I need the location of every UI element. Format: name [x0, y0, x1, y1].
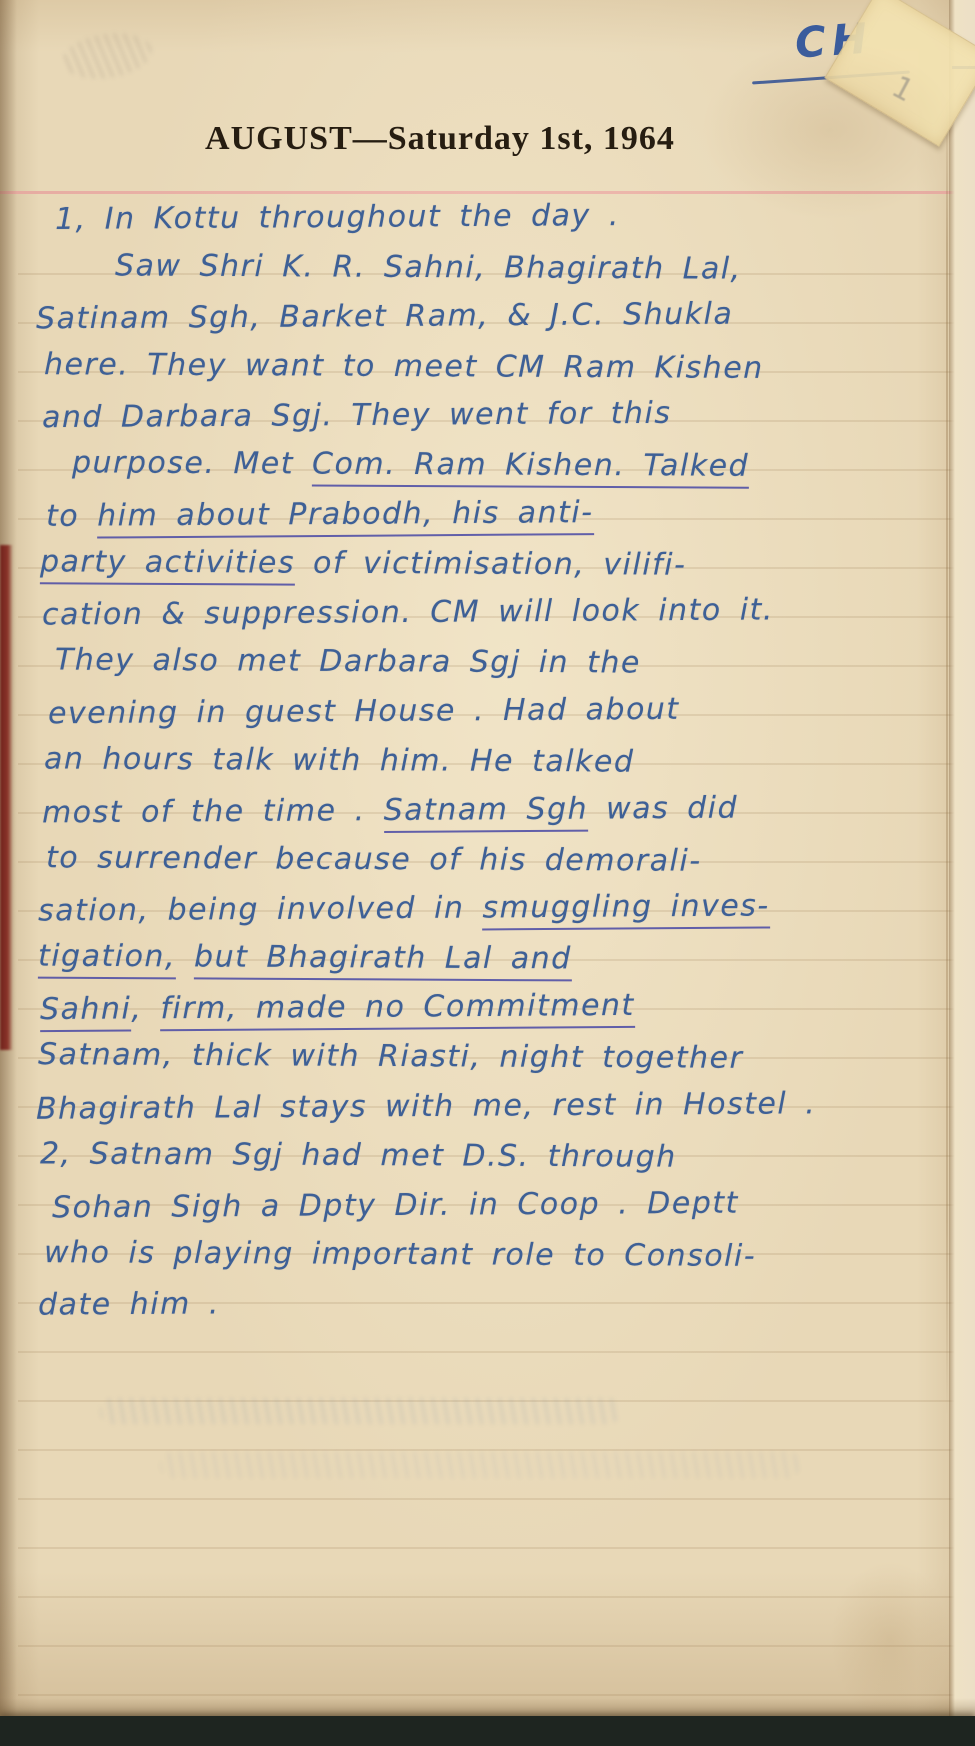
- diary-text: was did: [588, 791, 738, 827]
- diary-line: tigation, but Bhagirath Lal and: [38, 939, 572, 977]
- diary-line: Satnam, thick with Riasti, night togethe…: [38, 1037, 744, 1076]
- diary-line: purpose. Met Com. Ram Kishen. Talked: [72, 445, 749, 484]
- paper-stain: [830, 1560, 950, 1720]
- diary-text: to: [46, 499, 97, 534]
- diary-line: They also met Darbara Sgj in the: [55, 642, 641, 680]
- diary-text: Sohan Sigh a Dpty Dir. in Coop . Deptt: [52, 1186, 739, 1226]
- diary-text-underlined: tigation,: [38, 939, 176, 980]
- diary-text: and Darbara Sgj. They went for this: [42, 396, 672, 435]
- book-cover-strip: [0, 1716, 975, 1746]
- diary-line: 2, Satnam Sgj had met D.S. through: [40, 1136, 677, 1174]
- diary-text: Satinam Sgh, Barket Ram, & J.C. Shukla: [36, 297, 734, 337]
- pencil-ghost-mark: [59, 28, 154, 84]
- diary-text-underlined: smuggling inves-: [482, 888, 770, 930]
- diary-text: evening in guest House . Had about: [48, 692, 680, 731]
- diary-line: sation, being involved in smuggling inve…: [38, 888, 770, 928]
- diary-text-underlined: Sahni: [40, 991, 132, 1032]
- page-bottom-edge: [0, 1698, 975, 1716]
- bleedthrough-ghost-text: [160, 1452, 800, 1478]
- diary-line: party activities of victimisation, vilif…: [40, 544, 687, 582]
- diary-line: evening in guest House . Had about: [48, 692, 680, 731]
- diary-line: to surrender because of his demorali-: [46, 840, 702, 878]
- diary-text: ,: [131, 991, 160, 1026]
- diary-line: Sohan Sigh a Dpty Dir. in Coop . Deptt: [52, 1186, 739, 1226]
- diary-text: Bhagirath Lal stays with me, rest in Hos…: [36, 1086, 816, 1126]
- diary-text: They also met Darbara Sgj in the: [55, 642, 641, 680]
- diary-line: date him .: [38, 1286, 220, 1322]
- diary-line: Bhagirath Lal stays with me, rest in Hos…: [36, 1086, 816, 1126]
- diary-text-underlined: party activities: [40, 544, 295, 585]
- paper-stain: [700, 40, 960, 220]
- diary-line: here. They want to meet CM Ram Kishen: [44, 347, 764, 386]
- diary-text: Satnam, thick with Riasti, night togethe…: [38, 1037, 744, 1076]
- diary-line: Satinam Sgh, Barket Ram, & J.C. Shukla: [36, 297, 734, 337]
- diary-text: to surrender because of his demorali-: [46, 840, 702, 878]
- diary-text-underlined: Com. Ram Kishen. Talked: [312, 446, 749, 488]
- binding-red-band: [0, 545, 13, 1050]
- diary-text: date him .: [38, 1286, 220, 1322]
- page-fold-line: [946, 85, 948, 1415]
- diary-text: sation, being involved in: [38, 890, 483, 928]
- diary-text: 2, Satnam Sgj had met D.S. through: [40, 1136, 677, 1174]
- diary-text: an hours talk with him. He talked: [44, 741, 635, 779]
- diary-text: of victimisation, vilifi-: [295, 546, 686, 583]
- diary-text-underlined: firm, made no Commitment: [160, 988, 635, 1031]
- diary-text: here. They want to meet CM Ram Kishen: [44, 347, 764, 386]
- diary-text: 1, In Kottu throughout the day .: [55, 198, 620, 237]
- printed-date-header: AUGUST—Saturday 1st, 1964: [150, 120, 730, 158]
- diary-text: most of the time .: [42, 793, 384, 830]
- diary-line: and Darbara Sgj. They went for this: [42, 396, 672, 435]
- diary-page: AUGUST—Saturday 1st, 1964 CH 1 1, In Kot…: [0, 0, 975, 1746]
- bleedthrough-ghost-text: [100, 1398, 620, 1424]
- diary-line: cation & suppression. CM will look into …: [42, 592, 774, 632]
- diary-text: purpose. Met: [72, 445, 312, 481]
- diary-line: who is playing important role to Consoli…: [44, 1235, 756, 1274]
- diary-line: Sahni, firm, made no Commitment: [40, 988, 635, 1027]
- diary-text-underlined: him about Prabodh, his anti-: [97, 495, 594, 538]
- next-page-edge: [949, 0, 975, 1746]
- diary-text: Saw Shri K. R. Sahni, Bhagirath Lal,: [115, 248, 742, 286]
- diary-line: 1, In Kottu throughout the day .: [55, 198, 620, 237]
- diary-text: who is playing important role to Consoli…: [44, 1235, 756, 1274]
- diary-line: most of the time . Satnam Sgh was did: [42, 791, 738, 831]
- diary-line: Saw Shri K. R. Sahni, Bhagirath Lal,: [115, 248, 742, 286]
- diary-text: cation & suppression. CM will look into …: [42, 592, 774, 632]
- diary-line: to him about Prabodh, his anti-: [46, 495, 594, 534]
- diary-line: an hours talk with him. He talked: [44, 741, 635, 779]
- diary-text: [176, 939, 194, 974]
- diary-text-underlined: Satnam Sgh: [384, 792, 589, 833]
- diary-text-underlined: but Bhagirath Lal and: [194, 939, 572, 981]
